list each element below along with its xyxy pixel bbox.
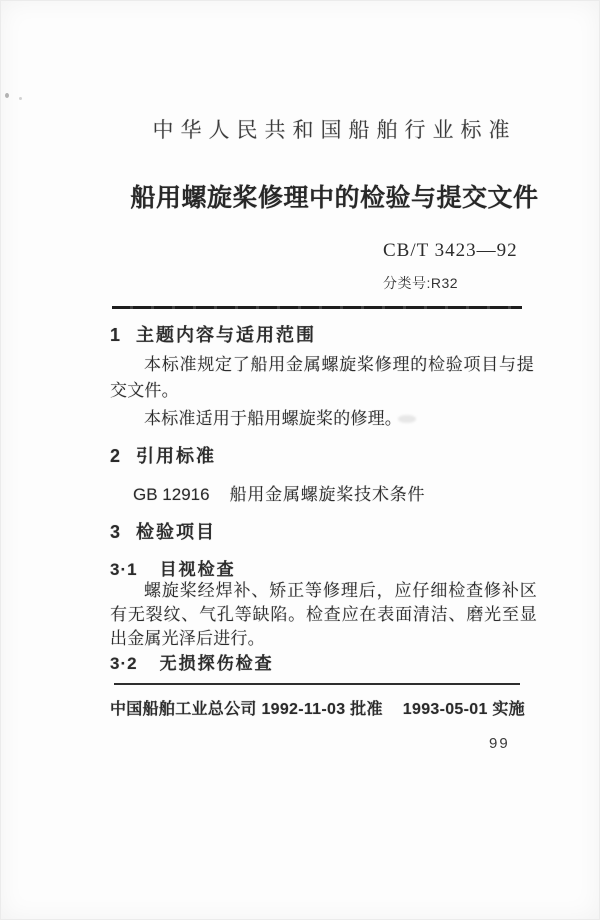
subsection-3-1-paragraph: 螺旋桨经焊补、矫正等修理后，应仔细检查修补区有无裂纹、气孔等缺陷。检查应在表面清…	[110, 579, 537, 651]
section-1-title: 主题内容与适用范围	[136, 325, 316, 345]
document-title: 船用螺旋桨修理中的检验与提交文件	[122, 178, 547, 214]
approval-statement: 中国船舶工业总公司 1992-11-03 批准	[110, 696, 383, 719]
scan-speck	[19, 97, 22, 100]
referenced-standard-line: GB 12916船用金属螺旋桨技术条件	[133, 480, 425, 505]
section-3-number: 3	[110, 522, 120, 543]
scan-smudge	[398, 415, 416, 423]
implementation-date: 1993-05-01 实施	[403, 696, 525, 719]
standard-category-title: 中华人民共和国船舶行业标准	[122, 114, 547, 144]
classification-number: 分类号:R32	[383, 273, 458, 293]
subsection-3-1-number: 3·1	[110, 560, 138, 580]
scan-speck	[5, 93, 9, 98]
subsection-3-2-title: 无损探伤检查	[160, 654, 274, 673]
standard-number: CB/T 3423—92	[383, 240, 518, 262]
referenced-standard-code: GB 12916	[133, 485, 210, 504]
section-1-number: 1	[110, 325, 120, 346]
footer: 中国船舶工业总公司 1992-11-03 批准 1993-05-01 实施	[110, 696, 525, 719]
section-1-paragraph-2: 本标准适用于船用螺旋桨的修理。	[110, 406, 534, 432]
referenced-standard-name: 船用金属螺旋桨技术条件	[230, 485, 426, 504]
subsection-3-2-heading: 3·2无损探伤检查	[110, 649, 540, 674]
subsection-3-2-number: 3·2	[110, 654, 138, 674]
header-divider-rule	[112, 306, 522, 309]
subsection-3-1-title: 目视检查	[160, 560, 236, 579]
section-2-title: 引用标准	[136, 446, 216, 466]
subsection-3-1-heading: 3·1目视检查	[110, 555, 540, 580]
footer-divider-rule	[114, 683, 520, 685]
section-1-heading: 1主题内容与适用范围	[110, 321, 540, 347]
section-3-title: 检验项目	[136, 522, 216, 542]
section-3-heading: 3检验项目	[110, 518, 540, 544]
section-1-paragraph-1: 本标准规定了船用金属螺旋桨修理的检验项目与提交文件。	[110, 352, 534, 404]
page-number: 99	[489, 735, 510, 752]
document-page: 中华人民共和国船舶行业标准 船用螺旋桨修理中的检验与提交文件 CB/T 3423…	[0, 0, 600, 920]
section-2-number: 2	[110, 446, 120, 467]
section-2-heading: 2引用标准	[110, 442, 540, 468]
